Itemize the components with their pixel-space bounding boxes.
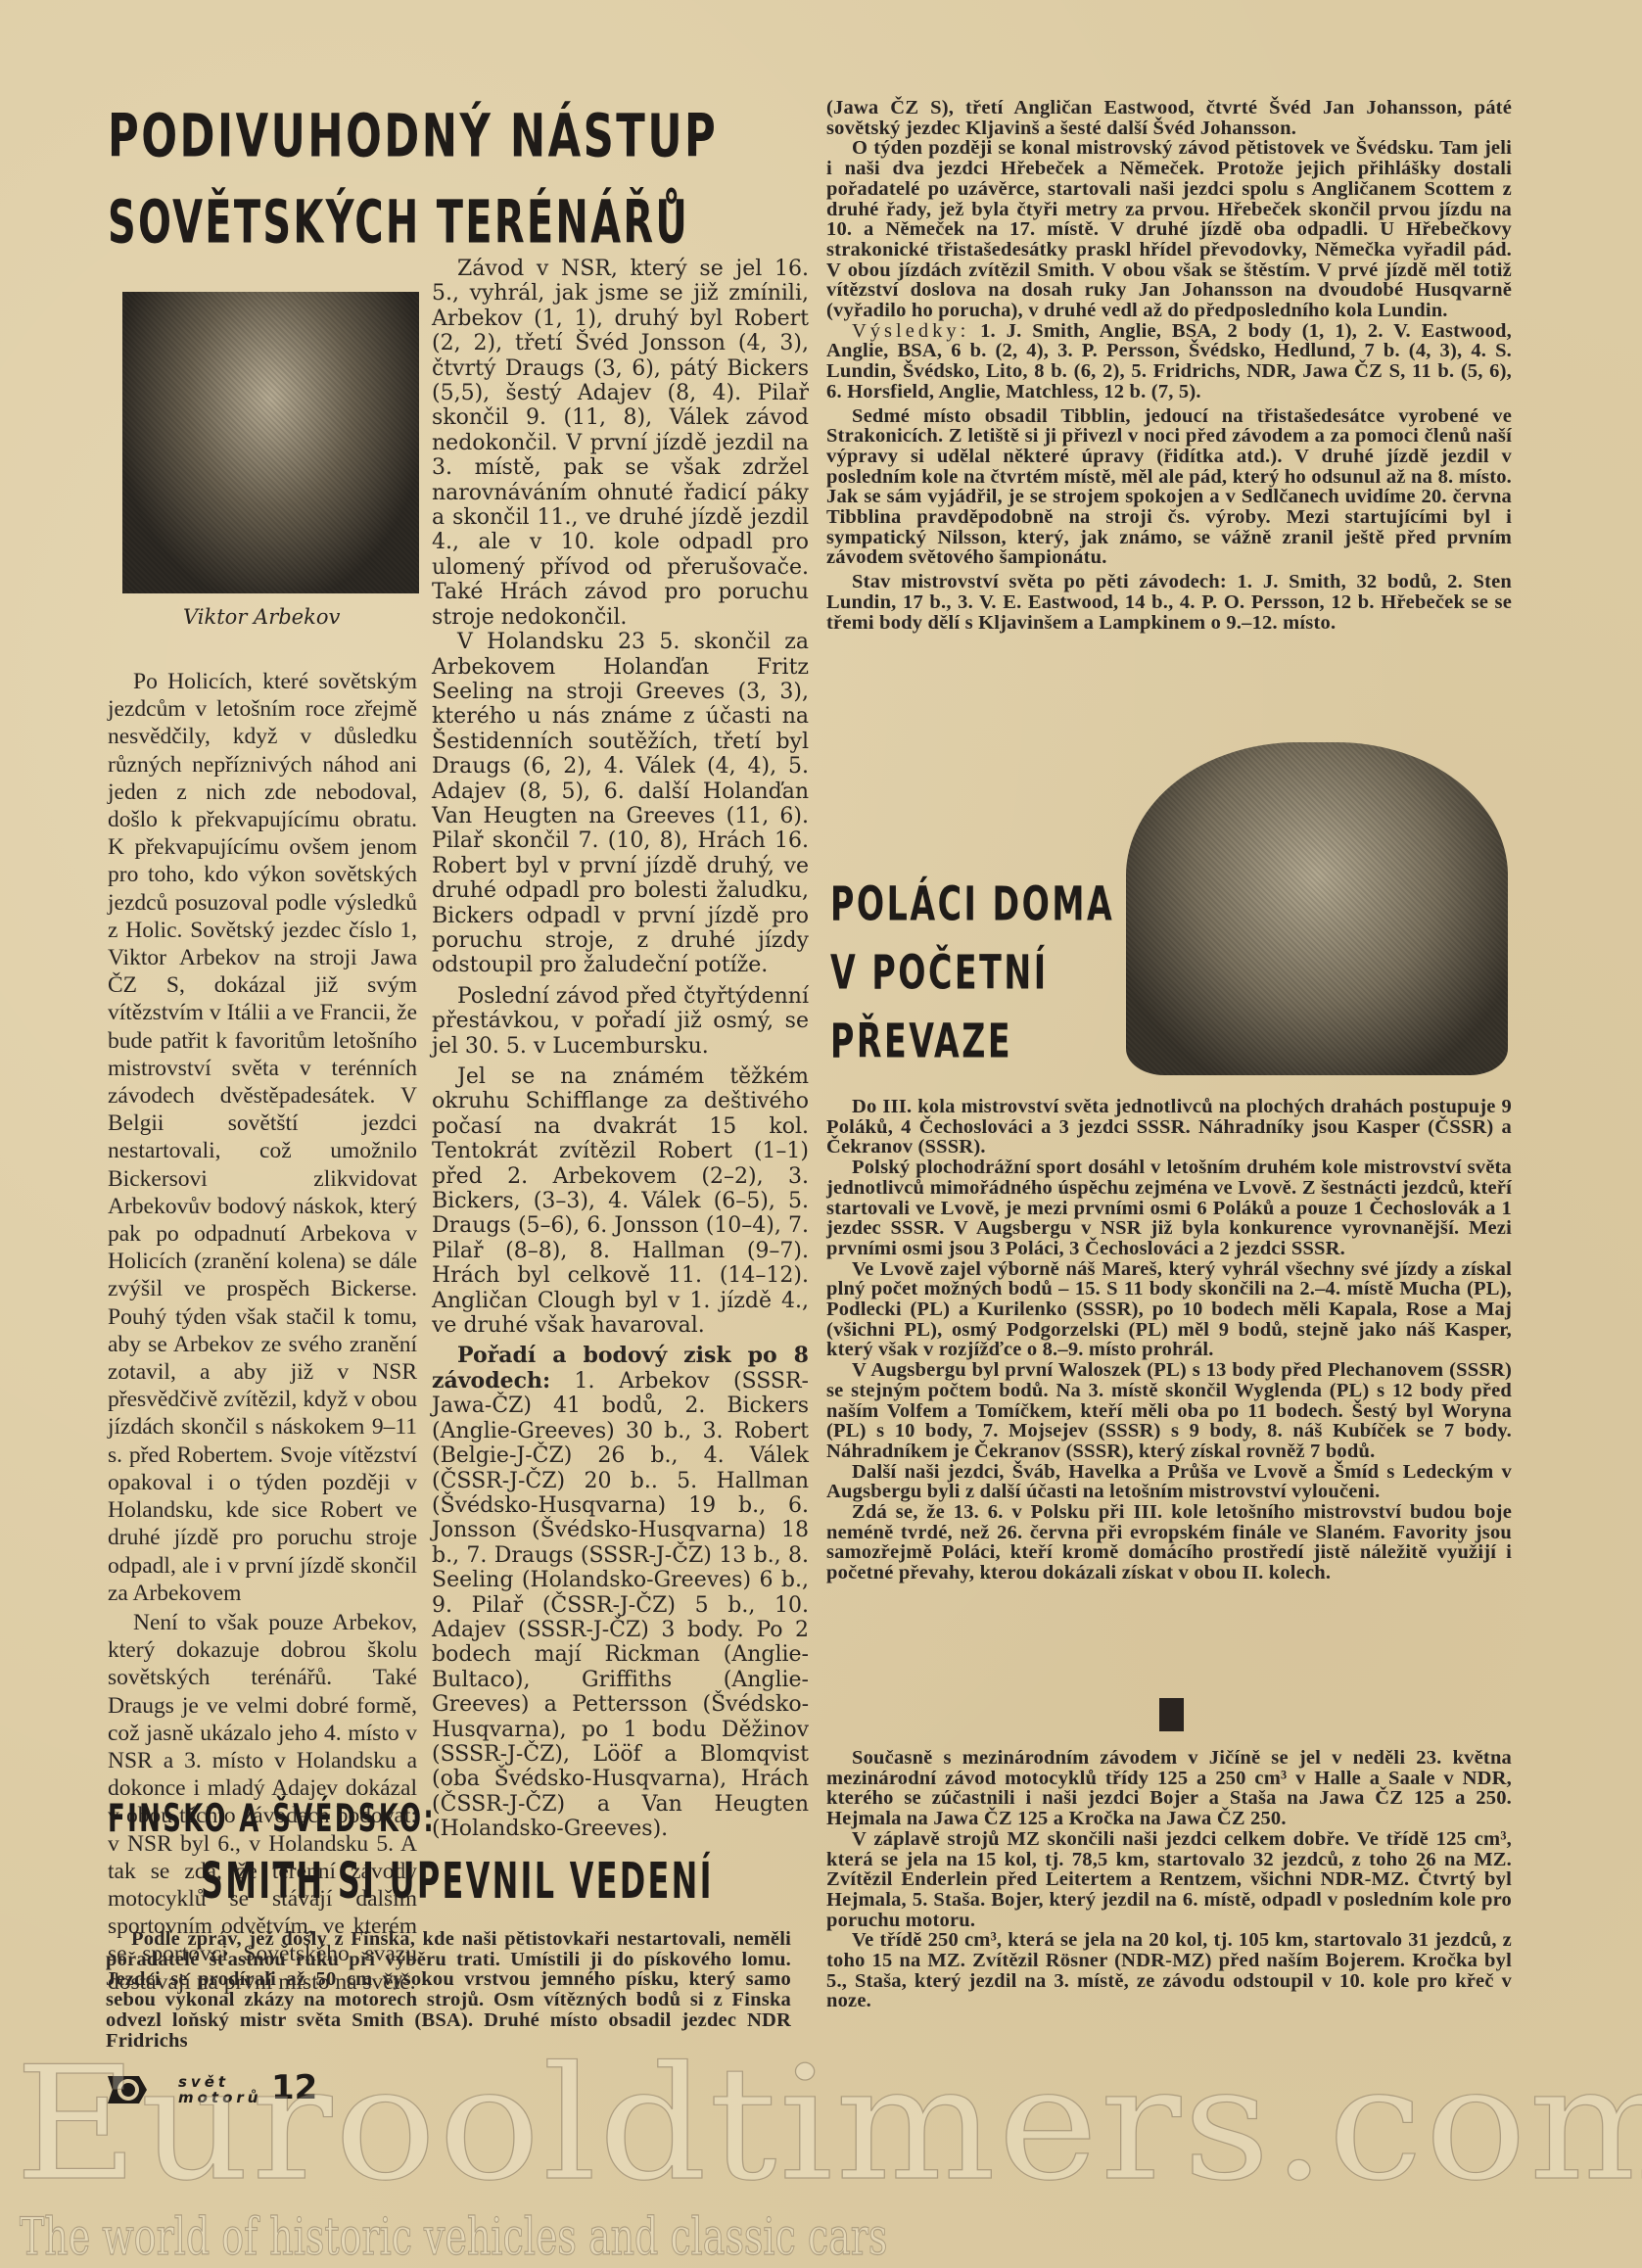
article3-paragraph: Další naši jezdci, Šváb, Havelka a Průša…: [826, 1462, 1512, 1502]
article3-paragraph: Zdá se, že 13. 6. v Polsku při III. kole…: [826, 1502, 1512, 1583]
article4-body: Současně s mezinárodním závodem v Jičíně…: [826, 1748, 1512, 2011]
article4-paragraph: Současně s mezinárodním závodem v Jičíně…: [826, 1748, 1512, 1829]
results-label: Výsledky:: [852, 320, 969, 342]
article3-paragraph: Do III. kola mistrovství světa jednotliv…: [826, 1097, 1512, 1158]
article3-headline-line3: PŘEVAZE: [830, 1018, 1012, 1065]
article3-headline-line1: POLÁCI DOMA: [830, 881, 1114, 928]
article5-headline-line1: FINSKO A ŠVÉDSKO:: [108, 1800, 436, 1839]
article1-middle-paragraph: Závod v NSR, který se jel 16. 5., vyhrál…: [432, 257, 809, 630]
article1-middle-paragraph: Poslední závod před čtyřtýdenní přestávk…: [432, 984, 809, 1059]
article2-paragraph: Sedmé místo obsadil Tibblin, jedoucí na …: [826, 406, 1512, 569]
article2-results: Výsledky: 1. J. Smith, Anglie, BSA, 2 bo…: [826, 321, 1512, 402]
article2-continued: (Jawa ČZ S), třetí Angličan Eastwood, čt…: [826, 98, 1512, 633]
article2-paragraph: (Jawa ČZ S), třetí Angličan Eastwood, čt…: [826, 98, 1512, 138]
article3-headline-line2: V POČETNÍ: [830, 950, 1049, 997]
article2-paragraph: O týden později se konal mistrovský závo…: [826, 138, 1512, 320]
article1-middle-paragraph: V Holandsku 23 5. skončil za Arbekovem H…: [432, 630, 809, 978]
photo-viktor-arbekov: [122, 292, 419, 593]
standings-text: 1. Arbekov (SSSR-Jawa-ČZ) 41 bodů, 2. Bi…: [432, 1369, 809, 1841]
article1-headline-line1: PODIVUHODNÝ NÁSTUP: [108, 106, 718, 165]
article3-body: Do III. kola mistrovství světa jednotliv…: [826, 1097, 1512, 1583]
article3-paragraph: V Augsbergu byl první Waloszek (PL) s 13…: [826, 1360, 1512, 1462]
article1-left-paragraph: Po Holicích, které sovětským jezdcům v l…: [108, 668, 417, 1607]
article3-paragraph: Ve Lvově zajel výborně náš Mareš, který …: [826, 1259, 1512, 1361]
watermark-site: Eurooldtimers.com: [15, 2032, 1642, 2215]
article1-middle-column: Závod v NSR, který se jel 16. 5., vyhrál…: [432, 257, 809, 1842]
section-separator-square: [1159, 1698, 1184, 1731]
photo-speedway-rider: [1126, 742, 1508, 1075]
photo-caption: Viktor Arbekov: [183, 605, 340, 629]
article1-headline-line2: SOVĚTSKÝCH TERÉNÁŘŮ: [108, 192, 689, 252]
article1-standings: Pořadí a bodový zisk po 8 závodech: 1. A…: [432, 1344, 809, 1841]
watermark-tagline: The world of historic vehicles and class…: [20, 2208, 887, 2267]
article5-headline-line2: SMITH SI UPEVNIL VEDENÍ: [201, 1856, 714, 1906]
article2-paragraph: Stav mistrovství světa po pěti závodech:…: [826, 572, 1512, 633]
article3-paragraph: Polský plochodrážní sport dosáhl v letoš…: [826, 1158, 1512, 1259]
article1-middle-paragraph: Jel se na známém těžkém okruhu Schifflan…: [432, 1064, 809, 1338]
article4-paragraph: V záplavě strojů MZ skončili naši jezdci…: [826, 1829, 1512, 1931]
article4-paragraph: Ve třídě 250 cm³, která se jela na 20 ko…: [826, 1930, 1512, 2011]
